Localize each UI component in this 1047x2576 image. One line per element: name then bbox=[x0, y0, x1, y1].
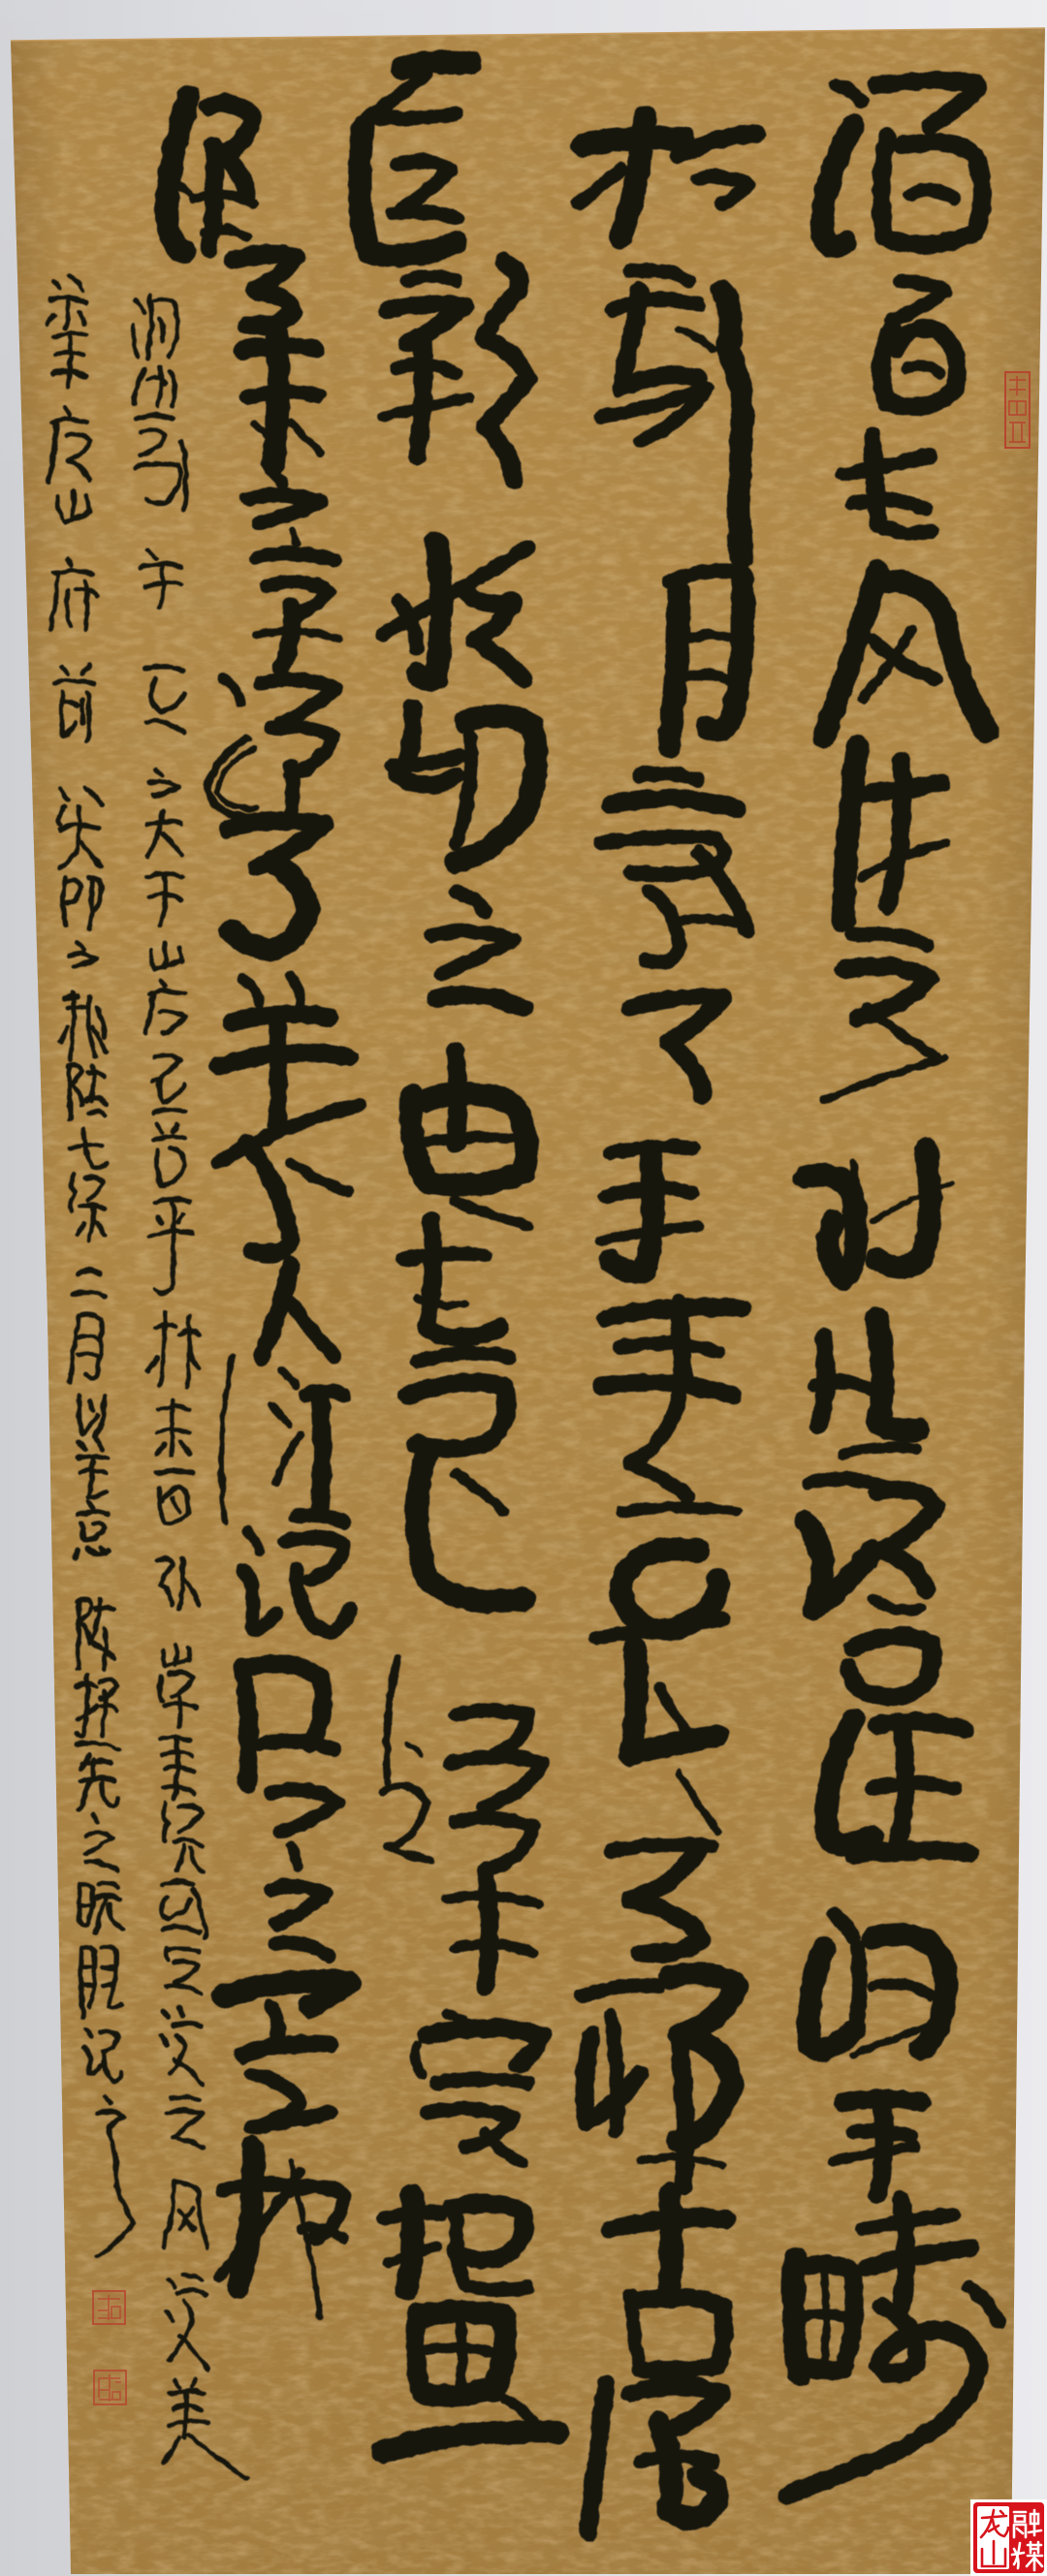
calligraphy-scroll bbox=[0, 0, 1047, 2576]
photo-frame: 海面长风仗势吹此径回望渺平畴 松影月敲了手素龙乃辞古泽 正影飞妙之曲大花物择寒把… bbox=[0, 0, 1047, 2576]
leading-seal bbox=[1005, 372, 1030, 448]
artist-seal-2 bbox=[94, 2371, 126, 2404]
artist-seal-1 bbox=[93, 2291, 125, 2324]
inscription-character bbox=[157, 1401, 190, 1456]
watermark-logo bbox=[970, 2499, 1047, 2576]
